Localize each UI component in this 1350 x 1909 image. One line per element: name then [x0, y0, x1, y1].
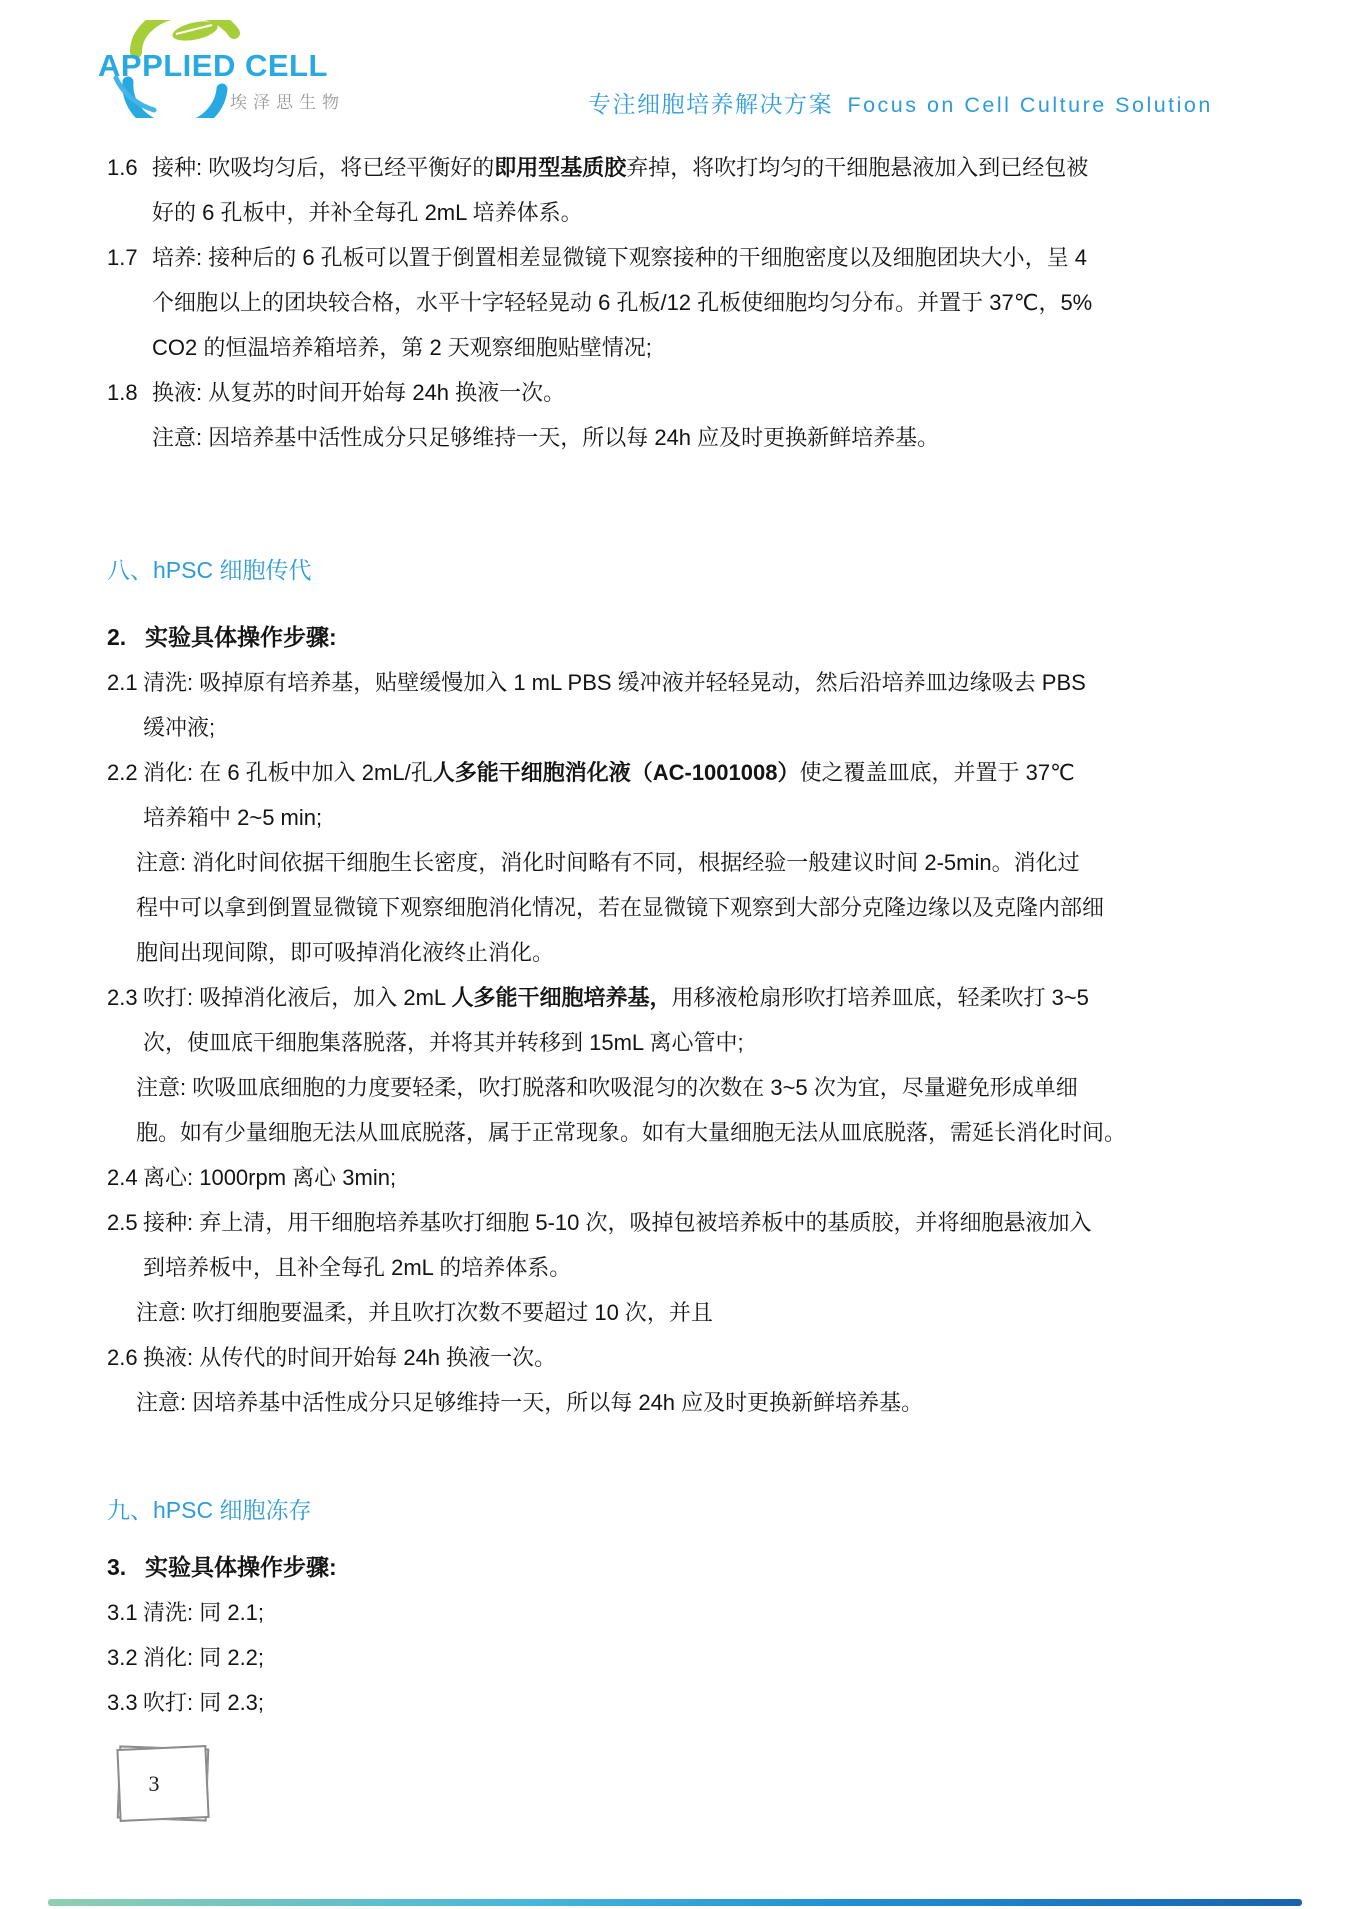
item-number: 2.5 — [107, 1200, 138, 1245]
block-text: 吹打: 吸掉消化液后，加入 2mL 人多能干细胞培养基，用移液枪扇形吹打培养皿底… — [143, 985, 1089, 1055]
block-text: 换液: 从复苏的时间开始每 24h 换液一次。 — [152, 380, 565, 405]
footer-gradient-bar — [48, 1899, 1302, 1906]
step-3.2: 3.2消化: 同 2.2; — [107, 1635, 1267, 1680]
block-text: 培养: 接种后的 6 孔板可以置于倒置相差显微镜下观察接种的干细胞密度以及细胞团… — [152, 245, 1092, 360]
note: 注意: 吹打细胞要温柔，并且吹打次数不要超过 10 次，并且 — [107, 1290, 1267, 1335]
block-text: 九、hPSC 细胞冻存 — [107, 1497, 311, 1523]
page-number-stamp: 3 — [118, 1747, 208, 1820]
block-text: 接种: 弃上清，用干细胞培养基吹打细胞 5-10 次，吸掉包被培养板中的基质胶，… — [143, 1210, 1092, 1280]
leaf-icon — [171, 20, 220, 44]
heading_blue: 九、hPSC 细胞冻存 — [107, 1488, 1267, 1533]
step-2.1: 2.1清洗: 吸掉原有培养基，贴壁缓慢加入 1 mL PBS 缓冲液并轻轻晃动，… — [107, 660, 1267, 750]
heading_blue: 八、hPSC 细胞传代 — [107, 548, 1267, 593]
tagline-cn: 专注细胞培养解决方案 — [588, 91, 833, 117]
item-number: 1.6 — [107, 145, 138, 190]
block-text: 清洗: 同 2.1; — [143, 1600, 264, 1625]
note: 注意: 消化时间依据干细胞生长密度，消化时间略有不同，根据经验一般建议时间 2-… — [107, 840, 1267, 975]
block-text: 注意: 消化时间依据干细胞生长密度，消化时间略有不同，根据经验一般建议时间 2-… — [136, 850, 1104, 965]
step-3.3: 3.3吹打: 同 2.3; — [107, 1680, 1267, 1725]
block-text: 清洗: 吸掉原有培养基，贴壁缓慢加入 1 mL PBS 缓冲液并轻轻晃动，然后沿… — [143, 670, 1086, 740]
note: 注意: 因培养基中活性成分只足够维持一天，所以每 24h 应及时更换新鲜培养基。 — [107, 415, 1267, 460]
step-1.7: 1.7培养: 接种后的 6 孔板可以置于倒置相差显微镜下观察接种的干细胞密度以及… — [107, 235, 1267, 370]
item-number: 2.4 — [107, 1155, 138, 1200]
stamp-frame-front — [116, 1745, 209, 1822]
block-text: 离心: 1000rpm 离心 3min; — [143, 1165, 396, 1190]
header-tagline: 专注细胞培养解决方案 Focus on Cell Culture Solutio… — [588, 86, 1213, 119]
step-2.5: 2.5接种: 弃上清，用干细胞培养基吹打细胞 5-10 次，吸掉包被培养板中的基… — [107, 1200, 1267, 1290]
item-number: 1.8 — [107, 370, 138, 415]
block-text: 吹打: 同 2.3; — [143, 1690, 264, 1715]
block-text: 消化: 在 6 孔板中加入 2mL/孔人多能干细胞消化液（AC-1001008）… — [143, 760, 1075, 830]
block-text: 换液: 从传代的时间开始每 24h 换液一次。 — [143, 1345, 556, 1370]
heading_bold-2.: 2.实验具体操作步骤: — [107, 615, 1267, 660]
step-3.1: 3.1清洗: 同 2.1; — [107, 1590, 1267, 1635]
document-blocks: 1.6接种: 吹吸均匀后，将已经平衡好的即用型基质胶弃掉，将吹打均匀的干细胞悬液… — [107, 145, 1267, 1820]
swoosh-icon — [128, 82, 222, 118]
item-number: 1.7 — [107, 235, 138, 280]
step-1.6: 1.6接种: 吹吸均匀后，将已经平衡好的即用型基质胶弃掉，将吹打均匀的干细胞悬液… — [107, 145, 1267, 235]
brand-text: APPLIED CELL — [98, 48, 328, 83]
item-number: 3.2 — [107, 1635, 138, 1680]
page-number: 3 — [149, 1771, 160, 1797]
step-2.6: 2.6换液: 从传代的时间开始每 24h 换液一次。 — [107, 1335, 1267, 1380]
item-number: 2.2 — [107, 750, 138, 795]
note: 注意: 吹吸皿底细胞的力度要轻柔，吹打脱落和吹吸混匀的次数在 3~5 次为宜，尽… — [107, 1065, 1267, 1155]
item-number: 2.3 — [107, 975, 138, 1020]
step-2.3: 2.3吹打: 吸掉消化液后，加入 2mL 人多能干细胞培养基，用移液枪扇形吹打培… — [107, 975, 1267, 1065]
heading_bold-3.: 3.实验具体操作步骤: — [107, 1545, 1267, 1590]
step-1.8: 1.8换液: 从复苏的时间开始每 24h 换液一次。 — [107, 370, 1267, 415]
step-2.4: 2.4离心: 1000rpm 离心 3min; — [107, 1155, 1267, 1200]
block-text: 注意: 因培养基中活性成分只足够维持一天，所以每 24h 应及时更换新鲜培养基。 — [136, 1390, 923, 1415]
block-text: 消化: 同 2.2; — [143, 1645, 264, 1670]
brand-cn-text: 埃泽思生物 — [230, 93, 345, 112]
block-text: 八、hPSC 细胞传代 — [107, 557, 311, 583]
logo-graphic: APPLIED CELL 埃泽思生物 — [96, 20, 346, 118]
block-text: 注意: 吹吸皿底细胞的力度要轻柔，吹打脱落和吹吸混匀的次数在 3~5 次为宜，尽… — [136, 1075, 1126, 1145]
item-number: 2.6 — [107, 1335, 138, 1380]
block-text: 注意: 因培养基中活性成分只足够维持一天，所以每 24h 应及时更换新鲜培养基。 — [152, 425, 939, 450]
block-text: 注意: 吹打细胞要温柔，并且吹打次数不要超过 10 次，并且 — [136, 1300, 713, 1325]
item-number: 2.1 — [107, 660, 138, 705]
item-number: 3.1 — [107, 1590, 138, 1635]
applied-cell-logo: APPLIED CELL 埃泽思生物 — [96, 20, 346, 118]
block-text: 实验具体操作步骤: — [145, 624, 337, 650]
tagline-en: Focus on Cell Culture Solution — [847, 93, 1212, 117]
item-number: 3. — [107, 1545, 126, 1590]
step-2.2: 2.2消化: 在 6 孔板中加入 2mL/孔人多能干细胞消化液（AC-10010… — [107, 750, 1267, 840]
item-number: 3.3 — [107, 1680, 138, 1725]
block-text: 实验具体操作步骤: — [145, 1554, 337, 1580]
item-number: 2. — [107, 615, 126, 660]
block-text: 接种: 吹吸均匀后，将已经平衡好的即用型基质胶弃掉，将吹打均匀的干细胞悬液加入到… — [152, 155, 1088, 225]
note: 注意: 因培养基中活性成分只足够维持一天，所以每 24h 应及时更换新鲜培养基。 — [107, 1380, 1267, 1425]
